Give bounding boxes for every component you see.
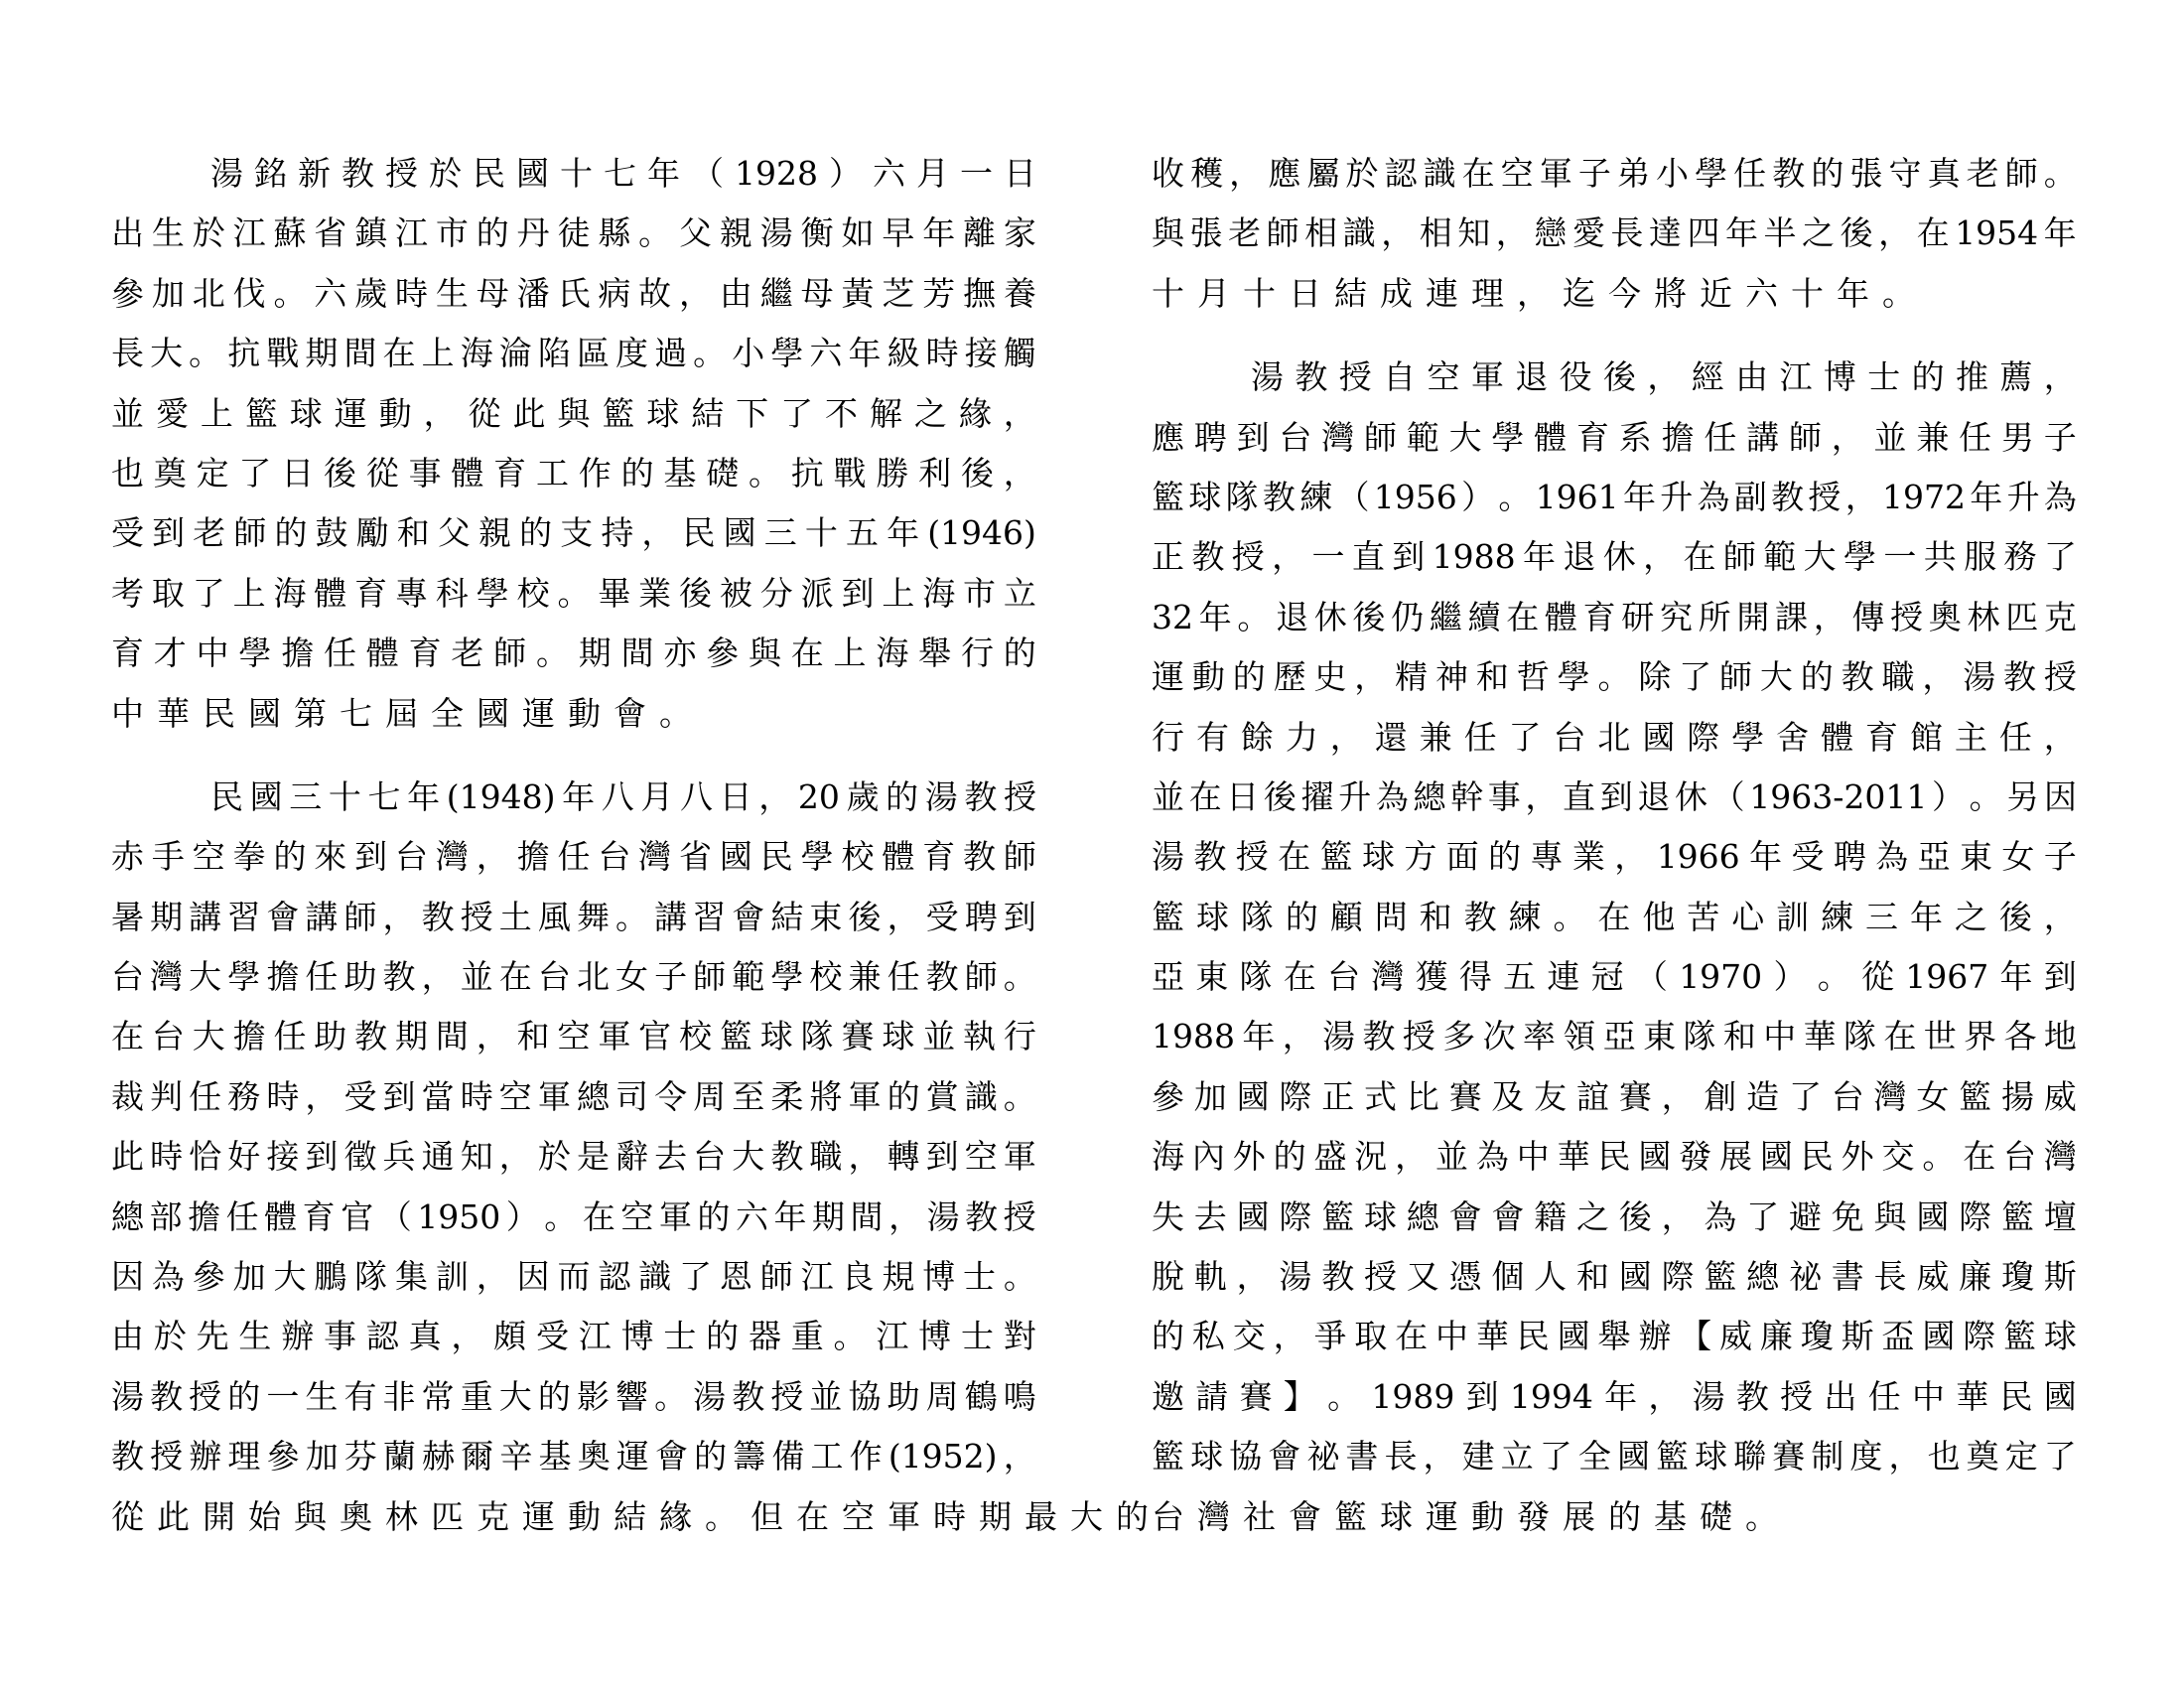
text-line: 運動的歷史，精神和哲學。除了師大的教職，湯教授	[1152, 654, 2077, 714]
text-line: 由於先生辦事認真，頗受江博士的器重。江博士對	[111, 1314, 1036, 1373]
text-line: 因為參加大鵬隊集訓，因而認識了恩師江良規博士。	[111, 1254, 1036, 1314]
text-line: 長大。抗戰期間在上海淪陷區度過。小學六年級時接觸	[111, 331, 1036, 390]
text-line: 並愛上籃球運動，從此與籃球結下了不解之緣，	[111, 391, 1036, 451]
text-line: 教授辦理參加芬蘭赫爾辛基奧運會的籌備工作(1952)，	[111, 1434, 1036, 1493]
text-line: 在台大擔任助教期間，和空軍官校籃球隊賽球並執行	[111, 1014, 1036, 1073]
text-line: 裁判任務時，受到當時空軍總司令周至柔將軍的賞識。	[111, 1074, 1036, 1134]
text-line: 受到老師的鼓勵和父親的支持，民國三十五年(1946)	[111, 510, 1036, 570]
text-line: 32年。退休後仍繼續在體育研究所開課，傳授奧林匹克	[1152, 595, 2077, 654]
text-line: 湯教授自空軍退役後，經由江博士的推薦，	[1152, 354, 2077, 414]
text-line: 1988年，湯教授多次率領亞東隊和中華隊在世界各地	[1152, 1014, 2077, 1073]
text-line: 參加北伐。六歲時生母潘氏病故，由繼母黃芝芳撫養	[111, 271, 1036, 331]
text-line: 中華民國第七屆全國運動會。	[111, 691, 1036, 751]
text-line: 民國三十七年(1948)年八月八日，20歲的湯教授	[111, 774, 1036, 834]
text-line: 籃球協會祕書長，建立了全國籃球聯賽制度，也奠定了	[1152, 1434, 2077, 1493]
paragraph: 湯銘新教授於民國十七年（1928）六月一日出生於江蘇省鎮江市的丹徒縣。父親湯衡如…	[111, 151, 1036, 751]
text-line: 並在日後擢升為總幹事，直到退休（1963-2011）。另因	[1152, 774, 2077, 834]
text-line: 與張老師相識，相知，戀愛長達四年半之後，在1954年	[1152, 211, 2077, 270]
right-column: 收穫，應屬於認識在空軍子弟小學任教的張守真老師。與張老師相識，相知，戀愛長達四年…	[1152, 151, 2077, 1578]
text-line: 失去國際籃球總會會籍之後，為了避免與國際籃壇	[1152, 1195, 2077, 1254]
text-line: 十月十日結成連理，迄今將近六十年。	[1152, 271, 2077, 331]
text-line: 脫軌，湯教授又憑個人和國際籃總祕書長威廉瓊斯	[1152, 1254, 2077, 1314]
text-line: 湯銘新教授於民國十七年（1928）六月一日	[111, 151, 1036, 211]
text-line: 此時恰好接到徵兵通知，於是辭去台大教職，轉到空軍	[111, 1134, 1036, 1194]
text-line: 湯教授的一生有非常重大的影響。湯教授並協助周鶴鳴	[111, 1374, 1036, 1434]
text-line: 正教授，一直到1988年退休，在師範大學一共服務了	[1152, 534, 2077, 594]
text-line: 參加國際正式比賽及友誼賽，創造了台灣女籃揚威	[1152, 1074, 2077, 1134]
text-line: 湯教授在籃球方面的專業，1966年受聘為亞東女子	[1152, 834, 2077, 894]
text-line: 台灣大學擔任助教，並在台北女子師範學校兼任教師。	[111, 954, 1036, 1014]
text-line: 收穫，應屬於認識在空軍子弟小學任教的張守真老師。	[1152, 151, 2077, 211]
text-line: 出生於江蘇省鎮江市的丹徒縣。父親湯衡如早年離家	[111, 211, 1036, 270]
left-column: 湯銘新教授於民國十七年（1928）六月一日出生於江蘇省鎮江市的丹徒縣。父親湯衡如…	[111, 151, 1036, 1578]
paragraph: 民國三十七年(1948)年八月八日，20歲的湯教授赤手空拳的來到台灣，擔任台灣省…	[111, 774, 1036, 1554]
document-page: 湯銘新教授於民國十七年（1928）六月一日出生於江蘇省鎮江市的丹徒縣。父親湯衡如…	[0, 0, 2184, 1688]
text-line: 考取了上海體育專科學校。畢業後被分派到上海市立	[111, 571, 1036, 631]
text-line: 應聘到台灣師範大學體育系擔任講師，並兼任男子	[1152, 415, 2077, 475]
paragraph: 湯教授自空軍退役後，經由江博士的推薦，應聘到台灣師範大學體育系擔任講師，並兼任男…	[1152, 354, 2077, 1554]
text-line: 的私交，爭取在中華民國舉辦【威廉瓊斯盃國際籃球	[1152, 1314, 2077, 1373]
paragraph: 收穫，應屬於認識在空軍子弟小學任教的張守真老師。與張老師相識，相知，戀愛長達四年…	[1152, 151, 2077, 331]
text-line: 從此開始與奧林匹克運動結緣。但在空軍時期最大的	[111, 1494, 1036, 1554]
text-line: 也奠定了日後從事體育工作的基礎。抗戰勝利後，	[111, 451, 1036, 510]
text-line: 邀請賽】。1989到1994年，湯教授出任中華民國	[1152, 1374, 2077, 1434]
text-line: 籃球隊的顧問和教練。在他苦心訓練三年之後，	[1152, 895, 2077, 954]
text-line: 行有餘力，還兼任了台北國際學舍體育館主任，	[1152, 715, 2077, 774]
text-line: 籃球隊教練（1956）。1961年升為副教授，1972年升為	[1152, 475, 2077, 534]
text-line: 總部擔任體育官（1950）。在空軍的六年期間，湯教授	[111, 1195, 1036, 1254]
text-line: 育才中學擔任體育老師。期間亦參與在上海舉行的	[111, 631, 1036, 690]
text-line: 暑期講習會講師，教授土風舞。講習會結束後，受聘到	[111, 895, 1036, 954]
text-line: 海內外的盛況，並為中華民國發展國民外交。在台灣	[1152, 1134, 2077, 1194]
text-line: 亞東隊在台灣獲得五連冠（1970）。從1967年到	[1152, 954, 2077, 1014]
text-line: 赤手空拳的來到台灣，擔任台灣省國民學校體育教師	[111, 834, 1036, 894]
text-line: 台灣社會籃球運動發展的基礎。	[1152, 1494, 2077, 1554]
